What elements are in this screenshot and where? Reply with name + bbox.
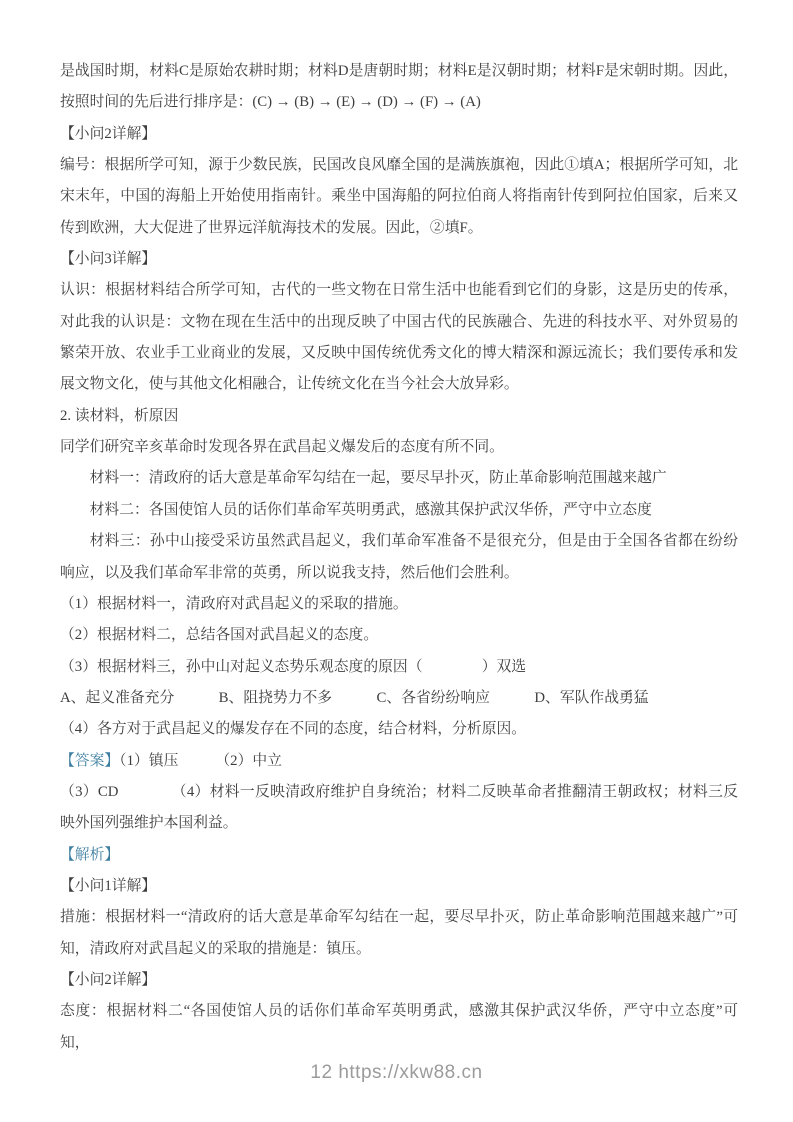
question-2-intro: 同学们研究辛亥革命时发现各界在武昌起义爆发后的态度有所不同。	[60, 432, 738, 463]
answer-line: 【答案】（1）镇压 （2）中立	[60, 746, 738, 777]
subquestion-1-detail-label: 【小问1详解】	[60, 871, 738, 902]
document-content: 是战国时期，材料C是原始农耕时期；材料D是唐朝时期；材料E是汉朝时期；材料F是宋…	[60, 56, 738, 1059]
paragraph-q1-ordering-continuation: 是战国时期，材料C是原始农耕时期；材料D是唐朝时期；材料E是汉朝时期；材料F是宋…	[60, 56, 738, 119]
answer-tag: 【答案】	[60, 753, 119, 769]
question-2-title: 2. 读材料，析原因	[60, 401, 738, 432]
material-3-text: 材料三：孙中山接受采访虽然武昌起义，我们革命军准备不是很充分，但是由于全国各省都…	[60, 526, 738, 589]
material-1-text: 材料一：清政府的话大意是革命军勾结在一起，要尽早扑灭，防止革命影响范围越来越广	[60, 463, 738, 494]
paragraph-q1-understanding-explanation: 认识：根据材料结合所学可知，古代的一些文物在日常生活中也能看到它们的身影，这是历…	[60, 275, 738, 400]
analysis-tag: 【解析】	[60, 840, 738, 871]
answer-line-continued: （3）CD （4）材料一反映清政府维护自身统治；材料二反映革命者推翻清王朝政权；…	[60, 777, 738, 840]
subquestion-1-detail-text: 措施：根据材料一“清政府的话大意是革命军勾结在一起，要尽早扑灭，防止革命影响范围…	[60, 902, 738, 965]
document-page: 是战国时期，材料C是原始农耕时期；材料D是唐朝时期；材料E是汉朝时期；材料F是宋…	[0, 0, 793, 1122]
sub-question-3: （3）根据材料三，孙中山对起义态势乐观态度的原因（ ）双选	[60, 652, 738, 683]
sub-question-4: （4）各方对于武昌起义的爆发存在不同的态度，结合材料，分析原因。	[60, 714, 738, 745]
subquestion-3-detail-label: 【小问3详解】	[60, 244, 738, 275]
answer-text: （1）镇压 （2）中立	[119, 753, 282, 769]
sub-question-2: （2）根据材料二，总结各国对武昌起义的态度。	[60, 620, 738, 651]
sub-question-1: （1）根据材料一，清政府对武昌起义的采取的措施。	[60, 589, 738, 620]
subquestion-2-detail-label: 【小问2详解】	[60, 119, 738, 150]
page-footer: 12 https://xkw88.cn	[0, 1062, 793, 1084]
paragraph-q1-numbering-explanation: 编号：根据所学可知，源于少数民族，民国改良风靡全国的是满族旗袍，因此①填A；根据…	[60, 150, 738, 244]
page-number-and-source-url: 12 https://xkw88.cn	[310, 1062, 482, 1083]
subquestion-2-detail-text: 态度：根据材料二“各国使馆人员的话你们革命军英明勇武，感激其保护武汉华侨，严守中…	[60, 996, 738, 1059]
material-2-text: 材料二：各国使馆人员的话你们革命军英明勇武，感激其保护武汉华侨，严守中立态度	[60, 495, 738, 526]
subquestion-2-detail-label-2: 【小问2详解】	[60, 965, 738, 996]
choice-options-line: A、起义准备充分 B、阻挠势力不多 C、各省纷纷响应 D、军队作战勇猛	[60, 683, 738, 714]
